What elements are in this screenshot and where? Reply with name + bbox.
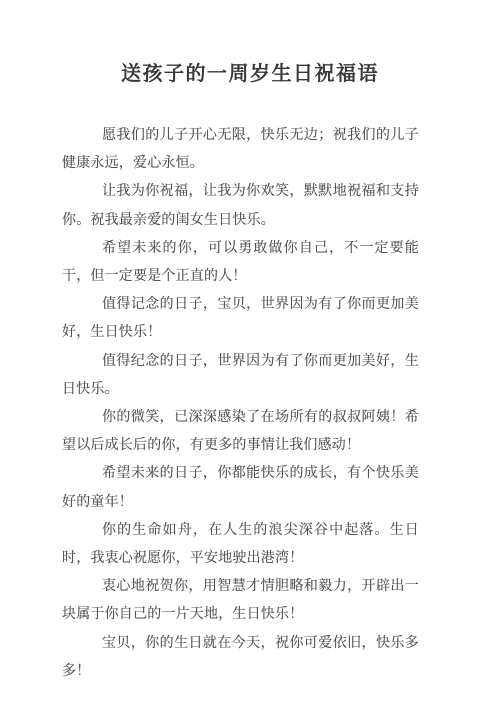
paragraph: 值得纪念的日子，世界因为有了你而更加美好，生日快乐。 bbox=[62, 347, 419, 403]
paragraph: 希望未来的日子，你都能快乐的成长，有个快乐美好的童年！ bbox=[62, 459, 419, 515]
paragraph: 衷心地祝贺你，用智慧才情胆略和毅力，开辟出一块属于你自己的一片天地，生日快乐！ bbox=[62, 572, 419, 628]
paragraph: 让我为你祝福，让我为你欢笑，默默地祝福和支持你。祝我最亲爱的闺女生日快乐。 bbox=[62, 177, 419, 233]
paragraph-list: 愿我们的儿子开心无限，快乐无边；祝我们的儿子健康永远，爱心永恒。让我为你祝福，让… bbox=[62, 121, 419, 685]
paragraph: 值得记念的日子，宝贝，世界因为有了你而更加美好，生日快乐！ bbox=[62, 290, 419, 346]
paragraph: 你的微笑，已深深感染了在场所有的叔叔阿姨！希望以后成长后的你，有更多的事情让我们… bbox=[62, 403, 419, 459]
paragraph: 愿我们的儿子开心无限，快乐无边；祝我们的儿子健康永远，爱心永恒。 bbox=[62, 121, 419, 177]
paragraph: 宝贝，你的生日就在今天，祝你可爱依旧，快乐多多！ bbox=[62, 629, 419, 685]
page-title: 送孩子的一周岁生日祝福语 bbox=[0, 58, 500, 88]
paragraph: 你的生命如舟，在人生的浪尖深谷中起落。生日时，我衷心祝愿你，平安地驶出港湾！ bbox=[62, 516, 419, 572]
document-page: 送孩子的一周岁生日祝福语 愿我们的儿子开心无限，快乐无边；祝我们的儿子健康永远，… bbox=[0, 0, 500, 708]
paragraph: 希望未来的你，可以勇敢做你自己，不一定要能干，但一定要是个正直的人！ bbox=[62, 234, 419, 290]
